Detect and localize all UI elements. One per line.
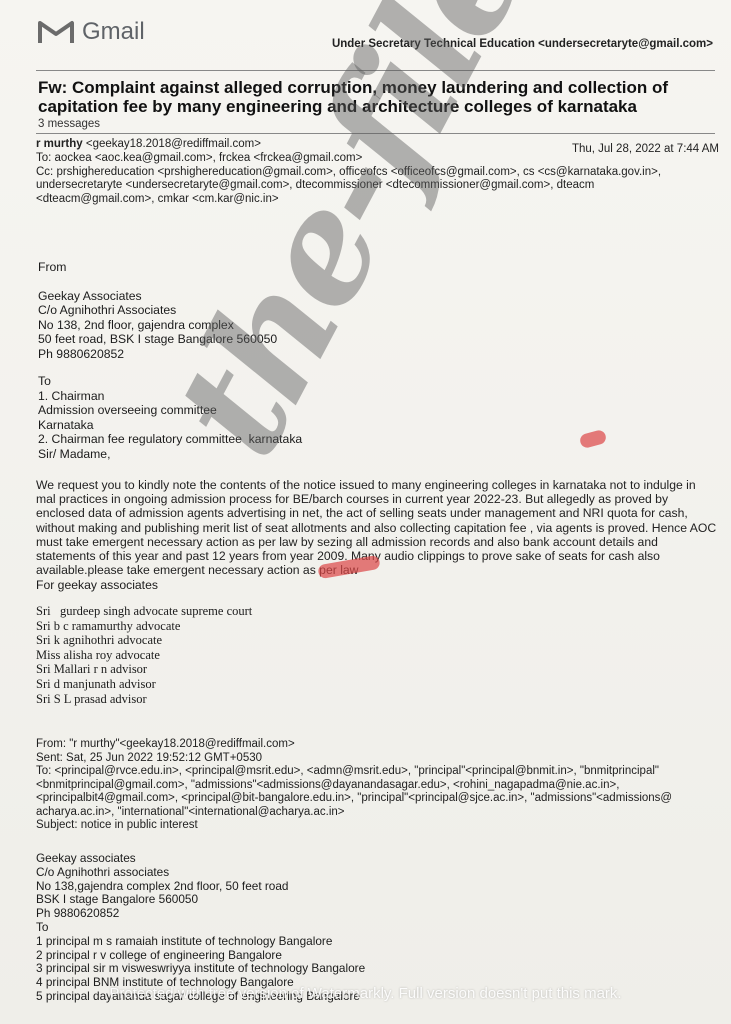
account-label: Under Secretary Technical Education <und… bbox=[332, 38, 713, 50]
from-block: From Geekay Associates C/o Agnihothri As… bbox=[38, 260, 277, 361]
signatory: Sri b c ramamurthy advocate bbox=[36, 619, 252, 634]
text-line: Karnataka bbox=[38, 418, 302, 433]
to-block: To 1. Chairman Admission overseeing comm… bbox=[38, 374, 302, 461]
text-line: No 138,gajendra complex 2nd floor, 50 fe… bbox=[36, 880, 365, 894]
forwarded-header: From: "r murthy"<geekay18.2018@rediffmai… bbox=[36, 738, 716, 833]
recipients: To: aockea <aoc.kea@gmail.com>, frckea <… bbox=[36, 152, 696, 206]
text-line: Ph 9880620852 bbox=[38, 347, 277, 362]
text-line: 1. Chairman bbox=[38, 389, 302, 404]
text-line: 50 feet road, BSK I stage Bangalore 5600… bbox=[38, 332, 277, 347]
text-line: Geekay associates bbox=[36, 852, 365, 866]
divider bbox=[36, 70, 715, 71]
text-line: 2. Chairman fee regulatory committee kar… bbox=[38, 432, 302, 447]
signatory: Miss alisha roy advocate bbox=[36, 648, 252, 663]
text-line: 3 principal sir m visweswriyya institute… bbox=[36, 962, 365, 976]
signatory: Sri k agnihothri advocate bbox=[36, 633, 252, 648]
text-line: From: "r murthy"<geekay18.2018@rediffmai… bbox=[36, 738, 716, 752]
signatory: Sri gurdeep singh advocate supreme court bbox=[36, 604, 252, 619]
recipient-line: undersecretaryte <undersecretaryte@gmail… bbox=[36, 179, 696, 193]
text-line: From bbox=[38, 260, 277, 275]
signatories: Sri gurdeep singh advocate supreme court… bbox=[36, 604, 252, 706]
gmail-logo: Gmail bbox=[38, 18, 145, 46]
divider bbox=[36, 133, 715, 134]
message-count: 3 messages bbox=[38, 118, 100, 130]
text-line: Ph 9880620852 bbox=[36, 907, 365, 921]
text-line: Sent: Sat, 25 Jun 2022 19:52:12 GMT+0530 bbox=[36, 752, 716, 766]
app-name: Gmail bbox=[82, 18, 145, 46]
forwarded-body: Geekay associates C/o Agnihothri associa… bbox=[36, 852, 365, 1004]
sender: r murthy <geekay18.2018@rediffmail.com> bbox=[36, 138, 261, 150]
spacer bbox=[38, 275, 277, 289]
text-line: Subject: notice in public interest bbox=[36, 819, 716, 833]
signoff: For geekay associates bbox=[36, 578, 158, 593]
thread-subject: Fw: Complaint against alleged corruption… bbox=[38, 78, 698, 116]
recipient-line: <dteacm@gmail.com>, cmkar <cm.kar@nic.in… bbox=[36, 193, 696, 207]
signatory: Sri Mallari r n advisor bbox=[36, 662, 252, 677]
text-line: C/o Agnihothri associates bbox=[36, 866, 365, 880]
text-line: To bbox=[36, 921, 365, 935]
text-line: Admission overseeing committee bbox=[38, 403, 302, 418]
recipient-line: To: aockea <aoc.kea@gmail.com>, frckea <… bbox=[36, 152, 696, 166]
watermarkly-notice: Protected with free version of Watermark… bbox=[0, 985, 731, 1002]
text-line: acharya.ac.in>, "international"<internat… bbox=[36, 806, 716, 820]
signatory: Sri S L prasad advisor bbox=[36, 692, 252, 707]
text-line: <principalbit4@gmail.com>, <principal@bi… bbox=[36, 792, 716, 806]
gmail-m-icon bbox=[38, 19, 74, 45]
signatory: Sri d manjunath advisor bbox=[36, 677, 252, 692]
text-line: Sir/ Madame, bbox=[38, 447, 302, 462]
text-line: 1 principal m s ramaiah institute of tec… bbox=[36, 935, 365, 949]
recipient-line: Cc: prshighereducation <prshighereducati… bbox=[36, 166, 696, 180]
text-line: To bbox=[38, 374, 302, 389]
watermark-dot bbox=[579, 429, 608, 449]
sender-email: <geekay18.2018@rediffmail.com> bbox=[86, 138, 261, 150]
text-line: C/o Agnihothri Associates bbox=[38, 303, 277, 318]
text-line: <bnmitprincipal@gmail.com>, "admissions"… bbox=[36, 779, 716, 793]
text-line: No 138, 2nd floor, gajendra complex bbox=[38, 318, 277, 333]
text-line: 2 principal r v college of engineering B… bbox=[36, 949, 365, 963]
text-line: To: <principal@rvce.edu.in>, <principal@… bbox=[36, 765, 716, 779]
text-line: BSK I stage Bangalore 560050 bbox=[36, 893, 365, 907]
text-line: Geekay Associates bbox=[38, 289, 277, 304]
scanned-page: Gmail Under Secretary Technical Educatio… bbox=[0, 0, 731, 1024]
sender-name: r murthy bbox=[36, 138, 83, 150]
